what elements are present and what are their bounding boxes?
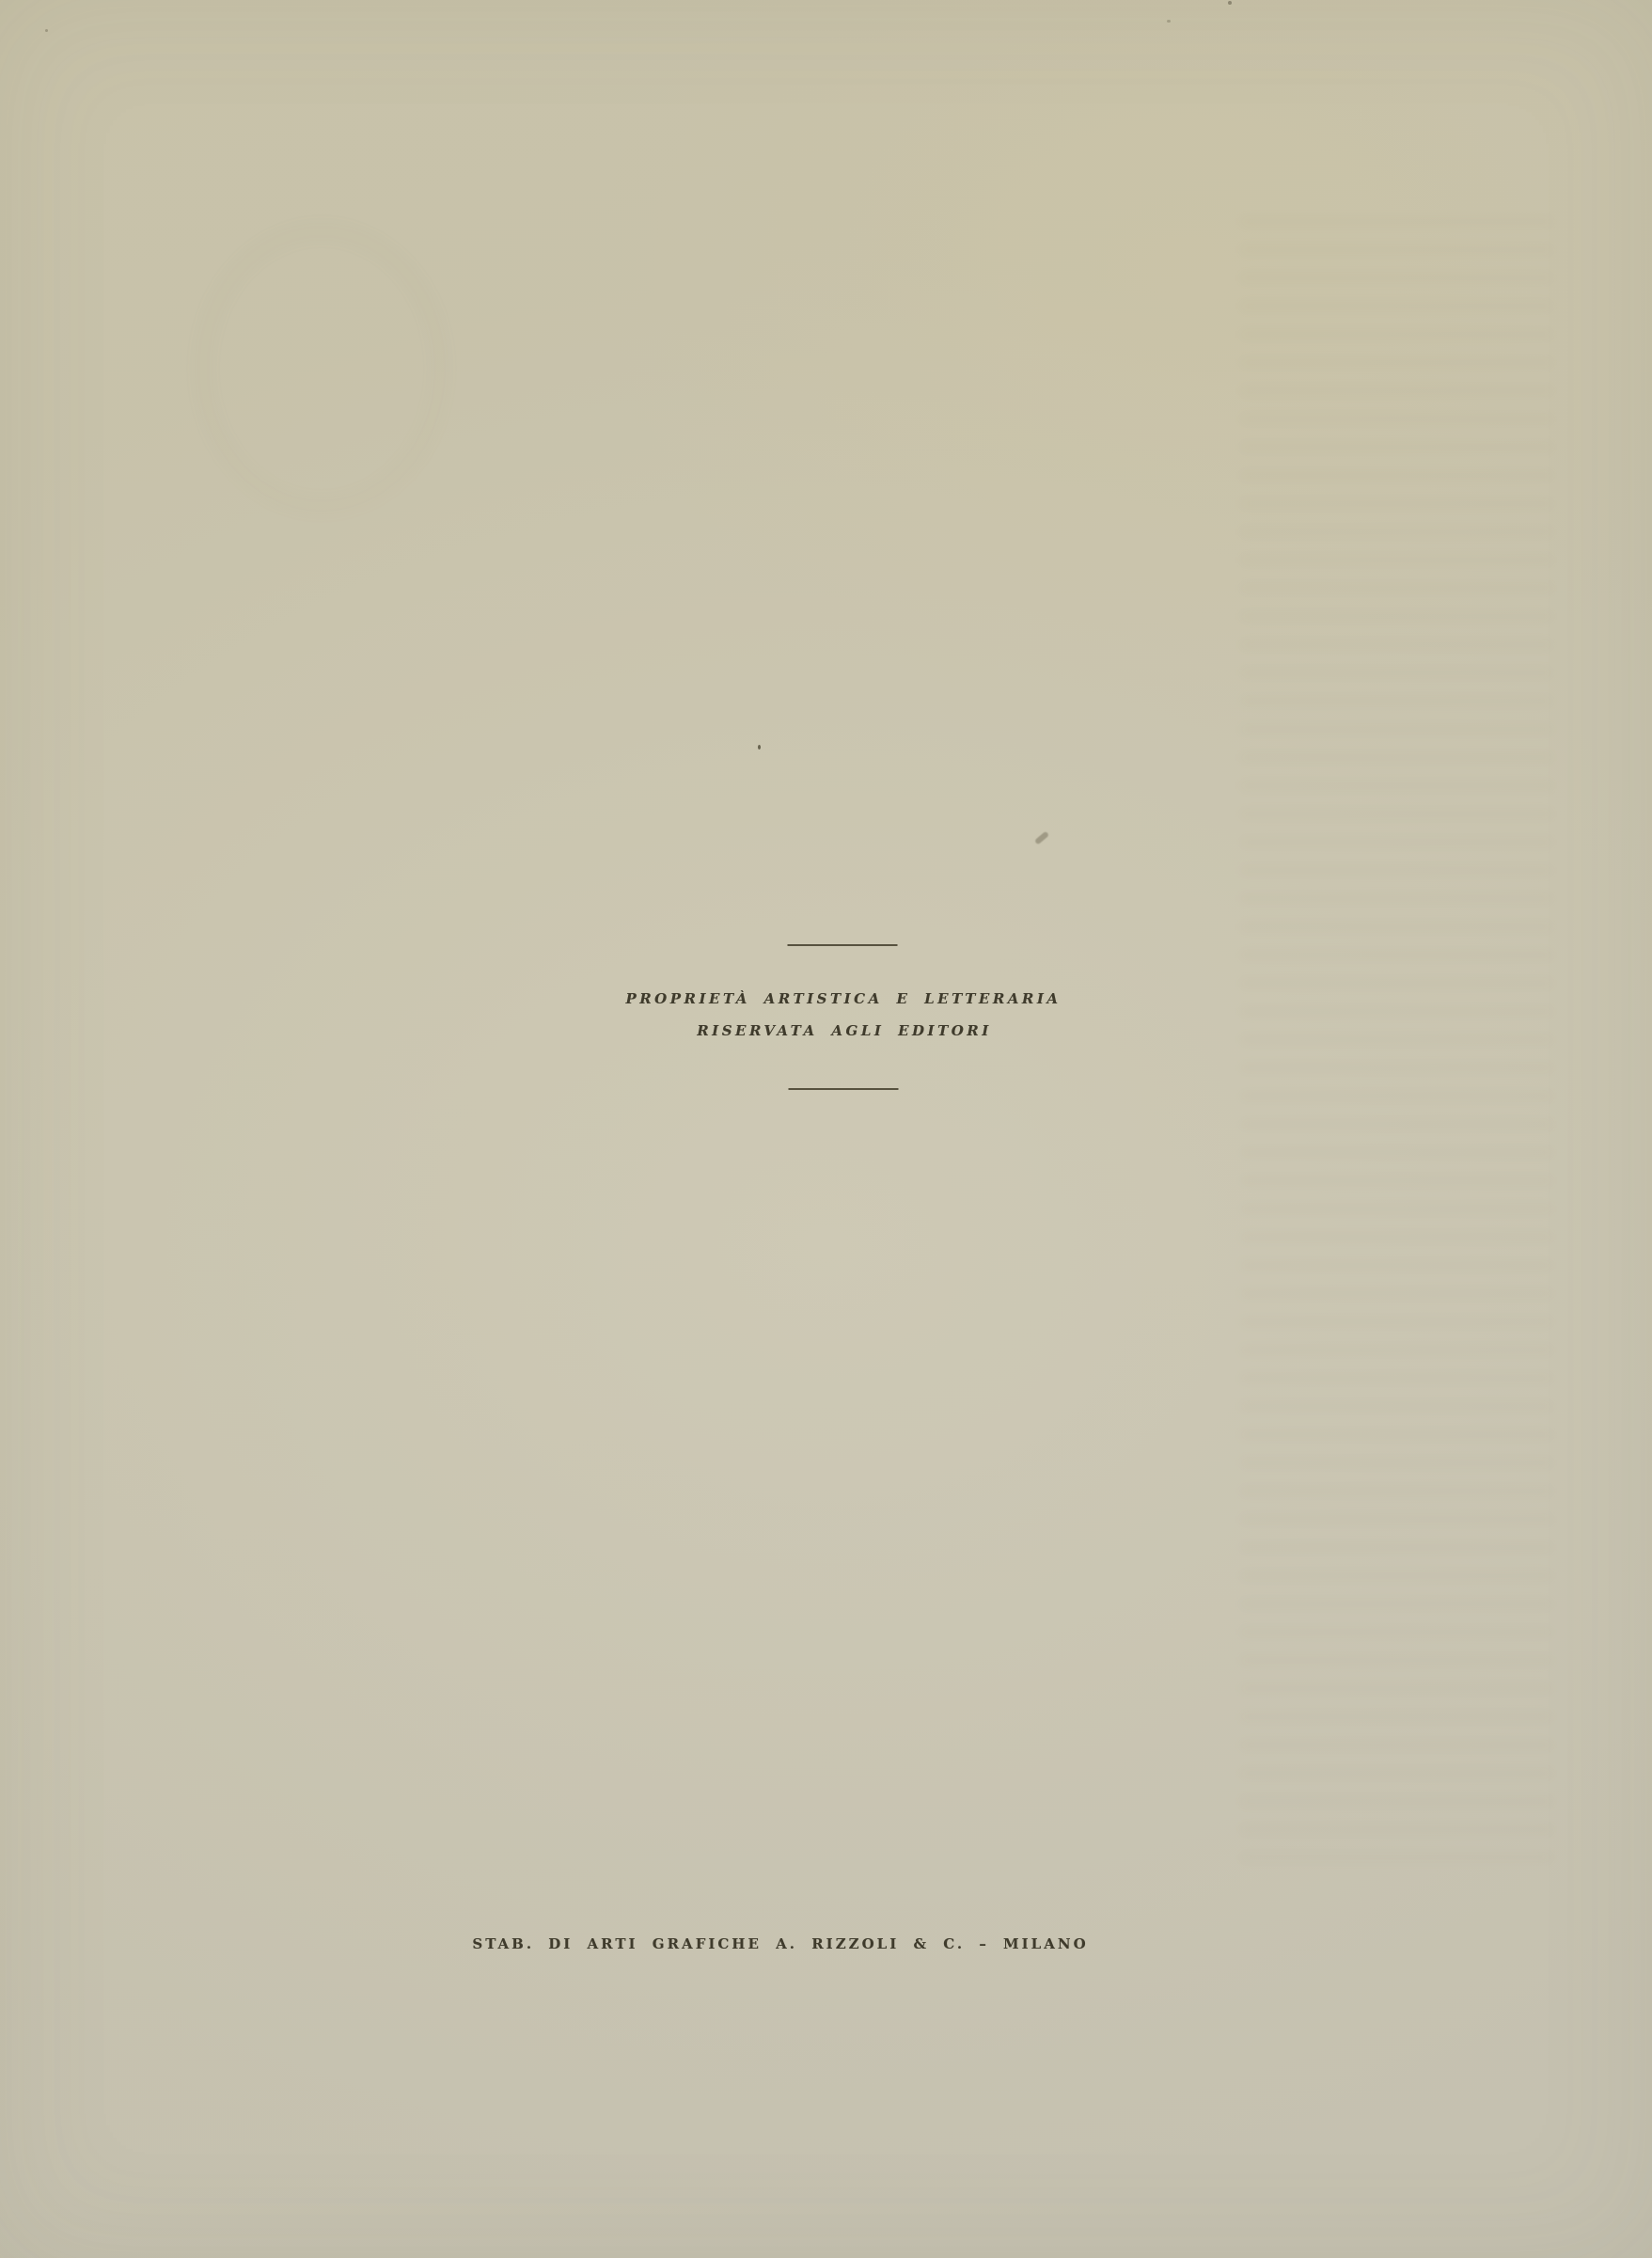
top-rule — [788, 944, 898, 946]
printer-imprint: STAB. DI ARTI GRAFICHE A. RIZZOLI & C. –… — [472, 1935, 1088, 1952]
show-through-text-column — [1241, 216, 1551, 1862]
copyright-line-2: RISERVATA AGLI EDITORI — [697, 1022, 992, 1039]
copyright-line-1: PROPRIETÀ ARTISTICA E LETTERARIA — [625, 990, 1061, 1007]
paper-speck — [758, 745, 761, 750]
paper-speck — [1167, 20, 1171, 23]
paper-speck — [1228, 1, 1232, 5]
book-page: PROPRIETÀ ARTISTICA E LETTERARIA RISERVA… — [0, 0, 1652, 2258]
show-through-ghost — [193, 221, 450, 516]
paper-speck — [45, 29, 48, 32]
bottom-rule — [789, 1088, 899, 1090]
pencil-smudge — [1034, 831, 1049, 845]
